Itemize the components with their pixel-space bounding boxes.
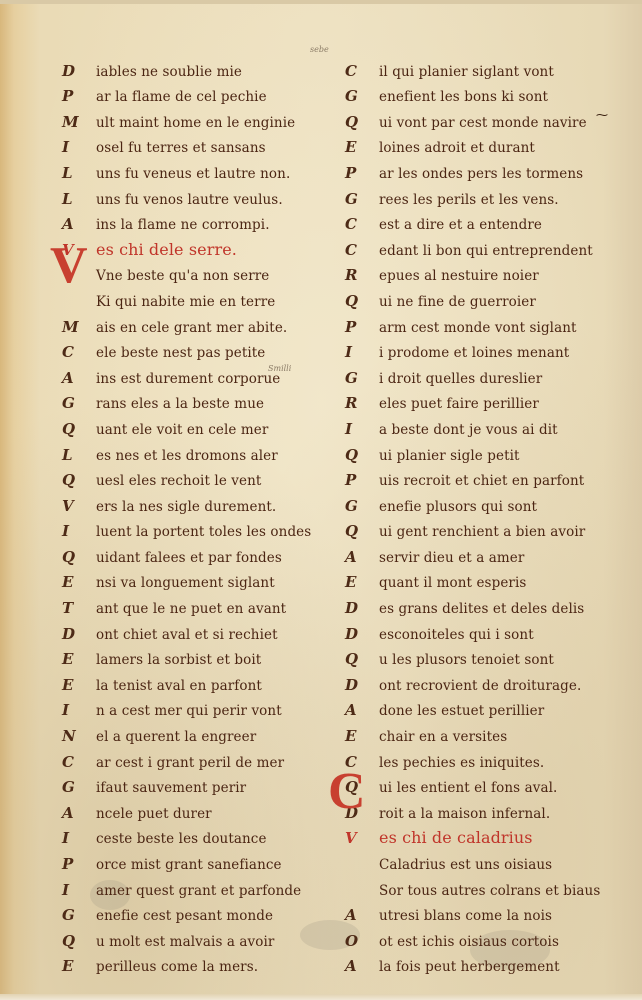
text-line: Desconoiteles qui i sont (345, 621, 610, 647)
text-line: Ela tenist aval en parfont (62, 672, 322, 698)
line-initial: I (62, 522, 96, 544)
line-text: uidant falees et par fondes (96, 550, 282, 570)
line-initial: D (62, 62, 96, 84)
line-text: la fois peut herbergement (379, 959, 560, 979)
line-initial: I (62, 138, 96, 160)
text-line: Ensi va longuement siglant (62, 570, 322, 596)
line-initial: G (345, 369, 379, 391)
line-text: ont recrovient de droiturage. (379, 678, 581, 698)
line-text: ui planier sigle petit (379, 448, 520, 468)
line-initial: E (345, 573, 379, 595)
text-line: Par les ondes pers les tormens (345, 160, 610, 186)
text-line: Qu molt est malvais a avoir (62, 928, 322, 954)
line-text: ui vont par cest monde navire (379, 115, 587, 135)
line-initial: E (62, 957, 96, 979)
line-initial: G (62, 906, 96, 928)
line-initial: O (345, 932, 379, 954)
text-line: Qui vont par cest monde navire (345, 109, 610, 135)
line-text: ar la flame de cel pechie (96, 89, 267, 109)
text-line: Gifaut sauvement perir (62, 775, 322, 801)
rubric-heading: Ves chi dele serre. (62, 237, 322, 263)
text-line: Cest a dire et a entendre (345, 212, 610, 238)
line-text: uns fu venos lautre veulus. (96, 192, 283, 212)
line-text: est a dire et a entendre (379, 217, 542, 237)
line-text: luent la portent toles les ondes (96, 524, 311, 544)
line-initial: P (345, 471, 379, 493)
line-initial: G (62, 778, 96, 800)
text-line: Cles pechies es iniquites. (345, 749, 610, 775)
line-text: uant ele voit en cele mer (96, 422, 268, 442)
text-line: Gi droit quelles dureslier (345, 365, 610, 391)
line-text: chair en a versites (379, 729, 507, 749)
line-initial: Q (62, 548, 96, 570)
text-line: Ains est durement corporue (62, 365, 322, 391)
margin-note-top: sebe (310, 45, 329, 54)
line-text: uns fu veneus et lautre non. (96, 166, 290, 186)
line-initial: D (345, 676, 379, 698)
line-initial: V (62, 497, 96, 519)
line-text: edant li bon qui entreprendent (379, 243, 593, 263)
text-line: Vers la nes sigle durement. (62, 493, 322, 519)
line-text: enefie plusors qui sont (379, 499, 537, 519)
line-text: lamers la sorbist et boit (96, 652, 261, 672)
text-line: Ancele puet durer (62, 800, 322, 826)
line-text: enefie cest pesant monde (96, 908, 273, 928)
line-text: epues al nestuire noier (379, 268, 539, 288)
text-line: Diables ne soublie mie (62, 58, 322, 84)
line-text: ifaut sauvement perir (96, 780, 246, 800)
line-text: Sor tous autres colrans et biaus (379, 883, 600, 903)
decorated-initial-c: C (328, 766, 366, 818)
text-line: Oot est ichis oisiaus cortois (345, 928, 610, 954)
line-initial: I (345, 420, 379, 442)
text-line: Les nes et les dromons aler (62, 442, 322, 468)
decorated-initial-v: V (50, 240, 88, 292)
text-line: Qui gent renchient a bien avoir (345, 519, 610, 545)
line-initial: I (62, 701, 96, 723)
text-line: Autresi blans come la nois (345, 903, 610, 929)
line-initial: R (345, 394, 379, 416)
text-line: Ains la flame ne corrompi. (62, 212, 322, 238)
line-initial: A (345, 701, 379, 723)
line-initial: G (345, 87, 379, 109)
line-text: ceste beste les doutance (96, 831, 267, 851)
line-text: iables ne soublie mie (96, 64, 242, 84)
right-column: Cil qui planier siglant vont Genefient l… (345, 58, 610, 979)
line-text: i prodome et loines menant (379, 345, 569, 365)
line-initial: R (345, 266, 379, 288)
line-text: ins la flame ne corrompi. (96, 217, 270, 237)
line-initial: C (345, 215, 379, 237)
line-text: ui gent renchient a bien avoir (379, 524, 585, 544)
text-line: Qui les entient el fons aval. (345, 775, 610, 801)
text-line: Ii prodome et loines menant (345, 340, 610, 366)
line-initial: I (62, 829, 96, 851)
text-line: Droit a la maison infernal. (345, 800, 610, 826)
line-text: perilleus come la mers. (96, 959, 258, 979)
line-text: ult maint home en le enginie (96, 115, 295, 135)
text-line: Repues al nestuire noier (345, 263, 610, 289)
line-text: Caladrius est uns oisiaus (379, 857, 552, 877)
text-line: Elamers la sorbist et boit (62, 647, 322, 673)
text-line: Mult maint home en le enginie (62, 109, 322, 135)
line-initial: E (345, 138, 379, 160)
line-text: arm cest monde vont siglant (379, 320, 577, 340)
line-initial: A (62, 804, 96, 826)
text-line: Eloines adroit et durant (345, 135, 610, 161)
line-text: done les estuet perillier (379, 703, 544, 723)
text-line: Cedant li bon qui entreprendent (345, 237, 610, 263)
text-line: Ala fois peut herbergement (345, 954, 610, 980)
line-initial: Q (345, 522, 379, 544)
page-bottom-edge (0, 994, 642, 1000)
text-line: Reles puet faire perillier (345, 391, 610, 417)
line-text: uesl eles rechoit le vent (96, 473, 261, 493)
text-line: Luns fu veneus et lautre non. (62, 160, 322, 186)
line-text: rans eles a la beste mue (96, 396, 264, 416)
text-line: Qui ne fine de guerroier (345, 288, 610, 314)
text-line: Genefie plusors qui sont (345, 493, 610, 519)
line-initial: P (345, 318, 379, 340)
line-initial: C (62, 753, 96, 775)
text-line: Grees les perils et les vens. (345, 186, 610, 212)
line-text: n a cest mer qui perir vont (96, 703, 282, 723)
text-line: Qu les plusors tenoiet sont (345, 647, 610, 673)
line-text: ar cest i grant peril de mer (96, 755, 284, 775)
line-text: roit a la maison infernal. (379, 806, 550, 826)
line-text: u les plusors tenoiet sont (379, 652, 554, 672)
line-text: es grans delites et deles delis (379, 601, 584, 621)
line-text: ais en cele grant mer abite. (96, 320, 287, 340)
line-initial: D (345, 599, 379, 621)
line-text: les pechies es iniquites. (379, 755, 544, 775)
line-text: Vne beste qu'a non serre (96, 268, 269, 288)
line-text: ele beste nest pas petite (96, 345, 265, 365)
line-initial: N (62, 727, 96, 749)
text-line: Cele beste nest pas petite (62, 340, 322, 366)
line-text: ant que le ne puet en avant (96, 601, 286, 621)
line-text: ui les entient el fons aval. (379, 780, 557, 800)
text-line: Caladrius est uns oisiaus (345, 851, 610, 877)
line-initial: Q (62, 471, 96, 493)
text-line: Mais en cele grant mer abite. (62, 314, 322, 340)
rubric-text: es chi de caladrius (379, 828, 533, 851)
line-initial: Q (62, 420, 96, 442)
text-line: In a cest mer qui perir vont (62, 698, 322, 724)
text-line: Echair en a versites (345, 723, 610, 749)
line-initial: A (62, 369, 96, 391)
line-initial: D (62, 625, 96, 647)
line-initial: A (345, 548, 379, 570)
text-line: Luns fu venos lautre veulus. (62, 186, 322, 212)
line-initial: G (345, 497, 379, 519)
line-initial: A (345, 957, 379, 979)
line-initial: E (62, 573, 96, 595)
line-text: es nes et les dromons aler (96, 448, 278, 468)
rubric-initial: V (345, 829, 379, 851)
text-line: Tant que le ne puet en avant (62, 595, 322, 621)
text-line: Iceste beste les doutance (62, 826, 322, 852)
text-line: Genefie cest pesant monde (62, 903, 322, 929)
text-line: Ia beste dont je vous ai dit (345, 416, 610, 442)
line-initial: E (62, 650, 96, 672)
line-initial: P (62, 855, 96, 877)
text-line: Des grans delites et deles delis (345, 595, 610, 621)
line-text: osel fu terres et sansans (96, 140, 266, 160)
line-initial: I (345, 343, 379, 365)
text-line: Vne beste qu'a non serre (62, 263, 322, 289)
line-initial: A (345, 906, 379, 928)
text-line: Aservir dieu et a amer (345, 544, 610, 570)
text-line: Grans eles a la beste mue (62, 391, 322, 417)
line-initial: Q (62, 932, 96, 954)
left-column: Diables ne soublie mie Par la flame de c… (62, 58, 322, 979)
text-line: Iluent la portent toles les ondes (62, 519, 322, 545)
text-line: Nel a querent la engreer (62, 723, 322, 749)
line-initial: L (62, 190, 96, 212)
line-text: orce mist grant sanefiance (96, 857, 282, 877)
page-top-edge (0, 0, 642, 4)
text-line: Cil qui planier siglant vont (345, 58, 610, 84)
line-text: la tenist aval en parfont (96, 678, 262, 698)
line-initial: L (62, 164, 96, 186)
line-initial: M (62, 113, 96, 135)
line-text: il qui planier siglant vont (379, 64, 554, 84)
text-line: Quidant falees et par fondes (62, 544, 322, 570)
line-initial: G (62, 394, 96, 416)
line-text: loines adroit et durant (379, 140, 535, 160)
text-line: Equant il mont esperis (345, 570, 610, 596)
line-initial: I (62, 881, 96, 903)
line-text: amer quest grant et parfonde (96, 883, 301, 903)
line-initial: T (62, 599, 96, 621)
line-initial: Q (345, 113, 379, 135)
line-text: ont chiet aval et si rechiet (96, 627, 278, 647)
text-line: Puis recroit et chiet en parfont (345, 468, 610, 494)
manuscript-page: sebe Smilli ⁓ Diables ne soublie mie Par… (0, 0, 642, 1000)
line-text: ar les ondes pers les tormens (379, 166, 583, 186)
text-line: Parm cest monde vont siglant (345, 314, 610, 340)
text-line: Genefient les bons ki sont (345, 84, 610, 110)
line-text: ins est durement corporue (96, 371, 280, 391)
line-initial: D (345, 625, 379, 647)
line-text: a beste dont je vous ai dit (379, 422, 558, 442)
text-line: Sor tous autres colrans et biaus (345, 877, 610, 903)
text-line: Qui planier sigle petit (345, 442, 610, 468)
line-text: enefient les bons ki sont (379, 89, 548, 109)
line-initial: M (62, 318, 96, 340)
line-text: nsi va longuement siglant (96, 575, 275, 595)
text-line: Dont chiet aval et si rechiet (62, 621, 322, 647)
line-initial: L (62, 446, 96, 468)
text-line: Iosel fu terres et sansans (62, 135, 322, 161)
line-text: ers la nes sigle durement. (96, 499, 276, 519)
text-line: Ki qui nabite mie en terre (62, 288, 322, 314)
line-text: utresi blans come la nois (379, 908, 552, 928)
rubric-heading: Ves chi de caladrius (345, 826, 610, 852)
text-line: Quesl eles rechoit le vent (62, 468, 322, 494)
line-initial: Q (345, 292, 379, 314)
line-text: ncele puet durer (96, 806, 212, 826)
text-line: Iamer quest grant et parfonde (62, 877, 322, 903)
line-text: servir dieu et a amer (379, 550, 524, 570)
line-initial: Q (345, 650, 379, 672)
line-text: u molt est malvais a avoir (96, 934, 274, 954)
line-text: ot est ichis oisiaus cortois (379, 934, 559, 954)
rubric-text: es chi dele serre. (96, 240, 237, 263)
line-initial: C (345, 241, 379, 263)
line-text: el a querent la engreer (96, 729, 256, 749)
line-initial: C (345, 62, 379, 84)
line-text: esconoiteles qui i sont (379, 627, 534, 647)
line-text: i droit quelles dureslier (379, 371, 542, 391)
text-line: Car cest i grant peril de mer (62, 749, 322, 775)
line-initial: G (345, 190, 379, 212)
text-line: Eperilleus come la mers. (62, 954, 322, 980)
line-initial: Q (345, 446, 379, 468)
text-line: Quant ele voit en cele mer (62, 416, 322, 442)
text-line: Adone les estuet perillier (345, 698, 610, 724)
line-text: quant il mont esperis (379, 575, 526, 595)
line-initial: E (62, 676, 96, 698)
line-initial: E (345, 727, 379, 749)
line-text: eles puet faire perillier (379, 396, 539, 416)
line-text: rees les perils et les vens. (379, 192, 559, 212)
text-line: Porce mist grant sanefiance (62, 851, 322, 877)
line-text: ui ne fine de guerroier (379, 294, 536, 314)
line-initial: C (62, 343, 96, 365)
line-text: Ki qui nabite mie en terre (96, 294, 275, 314)
line-initial: P (345, 164, 379, 186)
text-line: Par la flame de cel pechie (62, 84, 322, 110)
line-text: uis recroit et chiet en parfont (379, 473, 584, 493)
text-line: Dont recrovient de droiturage. (345, 672, 610, 698)
line-initial: A (62, 215, 96, 237)
line-initial: P (62, 87, 96, 109)
